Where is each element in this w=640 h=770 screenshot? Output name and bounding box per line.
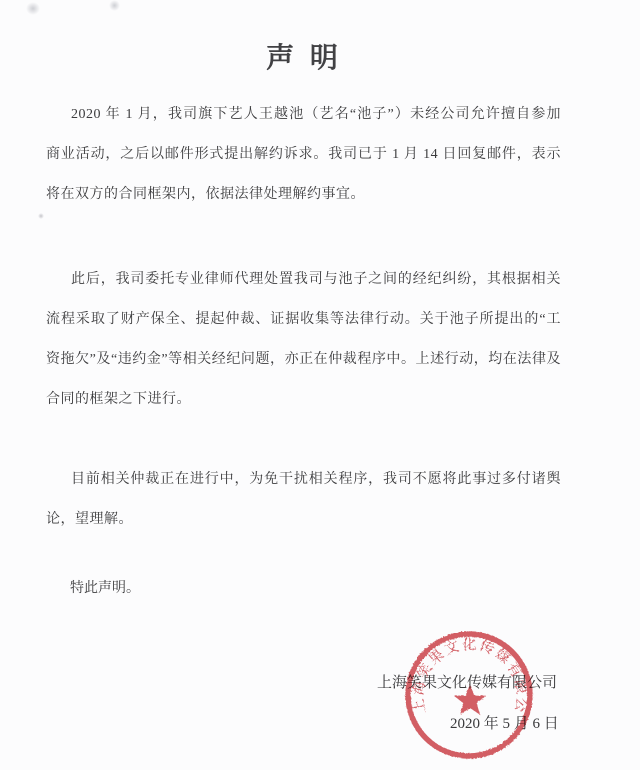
paragraph-line: 流程采取了财产保全、提起仲裁、证据收集等法律行动。关于池子所提出的“工 — [46, 300, 561, 340]
statement-document: 声 明 2020 年 1 月，我司旗下艺人王越池（艺名“池子”）未经公司允许擅自… — [0, 0, 640, 770]
document-title: 声 明 — [0, 36, 624, 76]
scan-artifact — [38, 213, 44, 219]
company-seal: 上海笑果文化传媒有限公司 — [403, 630, 539, 766]
signature-date: 2020 年 5 月 6 日 — [450, 712, 559, 733]
paragraph-line: 将在双方的合同框架内，依据法律处理解约事宜。 — [46, 175, 561, 215]
seal-ring — [408, 634, 530, 756]
paragraph-line: 合同的框架之下进行。 — [46, 380, 561, 420]
paragraph-line: 资拖欠”及“违约金”等相关经纪问题，亦正在仲裁程序中。上述行动，均在法律及 — [46, 340, 561, 380]
paragraph-line: 目前相关仲裁正在进行中，为免干扰相关程序，我司不愿将此事过多付诸舆 — [46, 460, 561, 500]
scan-artifact — [109, 0, 120, 11]
paragraph-line: 此后，我司委托专业律师代理处置我司与池子之间的经纪纠纷，其根据相关 — [46, 260, 561, 300]
paragraph-line: 论，望理解。 — [46, 500, 561, 540]
paragraph-line: 2020 年 1 月，我司旗下艺人王越池（艺名“池子”）未经公司允许擅自参加 — [46, 95, 561, 135]
paragraph-1: 2020 年 1 月，我司旗下艺人王越池（艺名“池子”）未经公司允许擅自参加 商… — [46, 95, 561, 215]
paragraph-2: 此后，我司委托专业律师代理处置我司与池子之间的经纪纠纷，其根据相关 流程采取了财… — [46, 260, 561, 420]
closing-statement: 特此声明。 — [70, 582, 140, 596]
paragraph-line: 商业活动，之后以邮件形式提出解约诉求。我司已于 1 月 14 日回复邮件，表示 — [46, 135, 561, 175]
signature-company-name: 上海笑果文化传媒有限公司 — [377, 671, 557, 692]
scan-artifact — [26, 2, 40, 15]
paragraph-3: 目前相关仲裁正在进行中，为免干扰相关程序，我司不愿将此事过多付诸舆 论，望理解。 — [46, 460, 561, 540]
